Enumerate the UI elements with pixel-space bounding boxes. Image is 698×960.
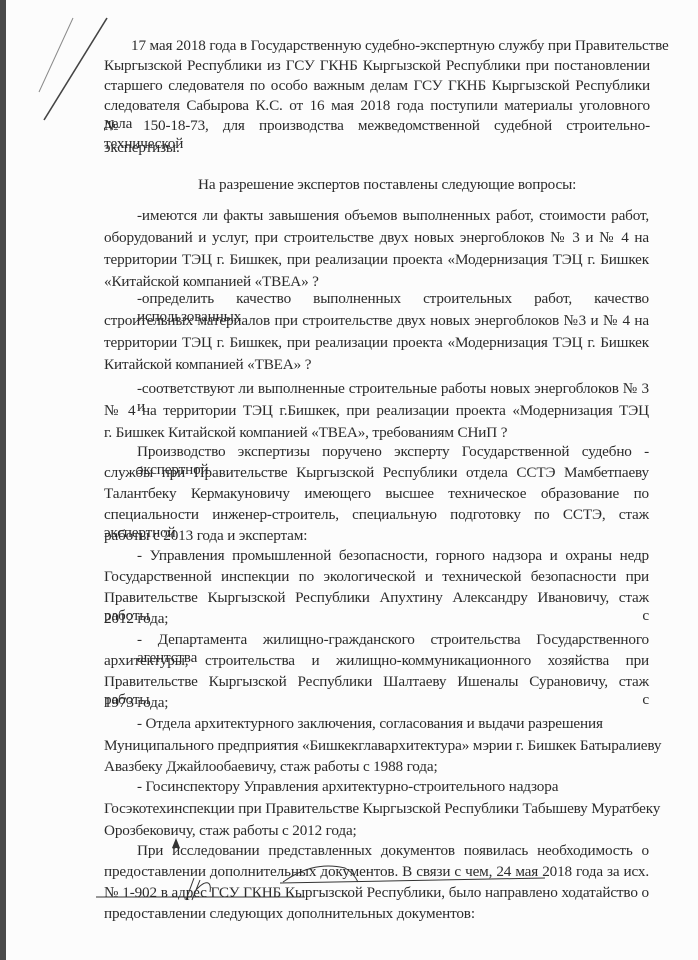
request-line: предоставлении дополнительных документов… bbox=[104, 863, 649, 881]
request-line: предоставлении следующих дополнительных … bbox=[104, 905, 475, 923]
expert-line: Правительстве Кыргызской Республики Шалт… bbox=[104, 673, 649, 709]
expert-line: Авазбеку Джайлообаевичу, стаж работы с 1… bbox=[104, 758, 438, 776]
scan-edge-shadow bbox=[0, 0, 6, 960]
question-line: территории ТЭЦ г. Бишкек, при реализации… bbox=[104, 334, 649, 352]
assignment-line: службы при Правительстве Кыргызской Респ… bbox=[104, 464, 649, 482]
question-line: строительных материалов при строительств… bbox=[104, 312, 649, 330]
scanned-document-page: 17 мая 2018 года в Государственную судеб… bbox=[0, 0, 698, 960]
intro-line: Кыргызской Республики из ГСУ ГКНБ Кыргыз… bbox=[104, 57, 650, 75]
expert-line: - Отдела архитектурного заключения, согл… bbox=[137, 715, 603, 733]
request-line: № 1-902 в адрес ГСУ ГКНБ Кыргызской Респ… bbox=[104, 884, 649, 902]
assignment-line: Талантбеку Кермакуновичу имеющего высшее… bbox=[104, 485, 649, 503]
expert-line: архитектуры, строительства и жилищно-ком… bbox=[104, 652, 649, 670]
intro-line: № 150-18-73, для производства межведомст… bbox=[104, 117, 650, 153]
assignment-line: работы с 2013 года и экспертам: bbox=[104, 527, 307, 545]
intro-line: 17 мая 2018 года в Государственную судеб… bbox=[131, 37, 651, 55]
request-line: При исследовании представленных документ… bbox=[137, 842, 649, 860]
intro-line: старшего следователя по особо важным дел… bbox=[104, 77, 650, 95]
expert-line: 1973 года; bbox=[104, 694, 168, 712]
question-line: № 4 на территории ТЭЦ г.Бишкек, при реал… bbox=[104, 402, 649, 420]
expert-line: - Управления промышленной безопасности, … bbox=[137, 547, 649, 565]
expert-line: 2012 года; bbox=[104, 610, 168, 628]
question-line: Китайской компанией «ТВЕА» ? bbox=[104, 356, 311, 374]
pen-stroke-light bbox=[39, 18, 73, 92]
questions-heading: На разрешение экспертов поставлены следу… bbox=[198, 176, 576, 194]
expert-line: - Госинспектору Управления архитектурно-… bbox=[137, 778, 558, 796]
question-line: оборудований и услуг, при строительстве … bbox=[104, 229, 649, 247]
question-line: «Китайской компанией «ТВЕА» ? bbox=[104, 273, 319, 291]
expert-line: Государственной инспекции по экологическ… bbox=[104, 568, 649, 586]
expert-line: Муниципального предприятия «Бишкекглавар… bbox=[104, 737, 661, 755]
expert-line: Госэкотехинспекции при Правительстве Кыр… bbox=[104, 800, 660, 818]
expert-line: Правительстве Кыргызской Республики Апух… bbox=[104, 589, 649, 625]
question-line: г. Бишкек Китайской компанией «ТВЕА», тр… bbox=[104, 424, 507, 442]
expert-line: Орозбековичу, стаж работы с 2012 года; bbox=[104, 822, 357, 840]
question-line: -имеются ли факты завышения объемов выпо… bbox=[137, 207, 649, 225]
pen-stroke-dark bbox=[44, 18, 107, 120]
question-line: территории ТЭЦ г. Бишкек, при реализации… bbox=[104, 251, 649, 269]
intro-line: экспертизы. bbox=[104, 139, 180, 157]
